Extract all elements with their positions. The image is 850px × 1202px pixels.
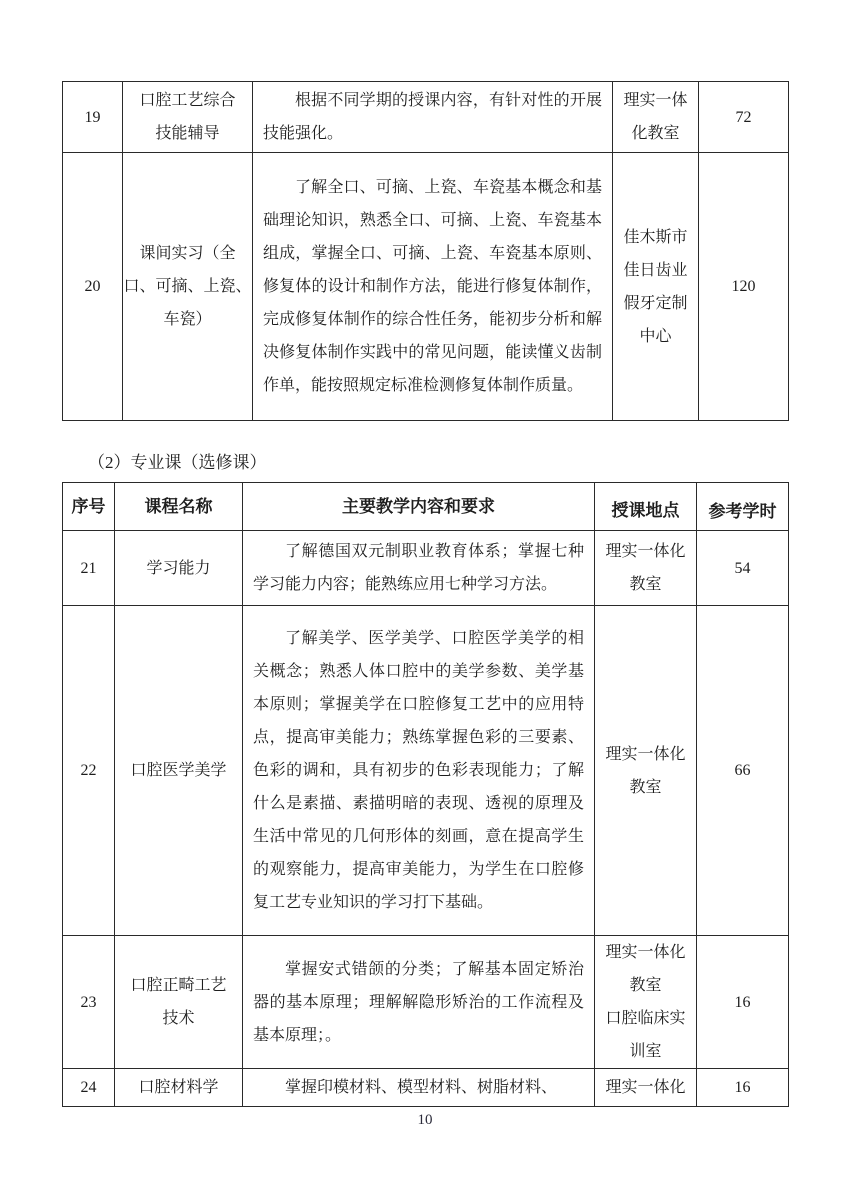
- serial-cell: 21: [63, 531, 115, 606]
- header-serial: 序号: [63, 483, 115, 531]
- location-cell: 理实一体化 教室: [595, 606, 697, 936]
- elective-courses-table: 序号 课程名称 主要教学内容和要求 授课地点 参考学时 21 学习能力 了解德国…: [62, 482, 789, 1107]
- table-header-row: 序号 课程名称 主要教学内容和要求 授课地点 参考学时: [63, 483, 789, 531]
- location-cell: 理实一体化: [595, 1069, 697, 1107]
- content-paragraph: 了解全口、可摘、上瓷、车瓷基本概念和基础理论知识，熟悉全口、可摘、上瓷、车瓷基本…: [263, 171, 602, 402]
- course-row-24: 24 口腔材料学 掌握印模材料、模型材料、树脂材料、 理实一体化 16: [63, 1069, 789, 1107]
- course-name-cell: 口腔材料学: [115, 1069, 243, 1107]
- header-course-name: 课程名称: [115, 483, 243, 531]
- hours-cell: 72: [699, 82, 789, 153]
- hours-cell: 120: [699, 153, 789, 421]
- page-number: 10: [0, 1112, 850, 1129]
- course-row-23: 23 口腔正畸工艺 技术 掌握安式错颌的分类；了解基本固定矫治器的基本原理；理解…: [63, 936, 789, 1069]
- serial-cell: 23: [63, 936, 115, 1069]
- location-cell: 理实一体 化教室: [613, 82, 699, 153]
- location-cell: 佳木斯市 佳日齿业 假牙定制 中心: [613, 153, 699, 421]
- header-location: 授课地点: [595, 483, 697, 531]
- course-row-20: 20 课间实习（全 口、可摘、上瓷、 车瓷） 了解全口、可摘、上瓷、车瓷基本概念…: [63, 153, 789, 421]
- hours-cell: 66: [697, 606, 789, 936]
- content-cell: 了解全口、可摘、上瓷、车瓷基本概念和基础理论知识，熟悉全口、可摘、上瓷、车瓷基本…: [253, 153, 613, 421]
- location-cell: 理实一体化 教室: [595, 531, 697, 606]
- hours-cell: 54: [697, 531, 789, 606]
- content-paragraph: 掌握安式错颌的分类；了解基本固定矫治器的基本原理；理解解隐形矫治的工作流程及基本…: [253, 953, 584, 1052]
- course-row-21: 21 学习能力 了解德国双元制职业教育体系；掌握七种学习能力内容；能熟练应用七种…: [63, 531, 789, 606]
- serial-cell: 22: [63, 606, 115, 936]
- document-page: 19 口腔工艺综合 技能辅导 根据不同学期的授课内容，有针对性的开展技能强化。 …: [0, 0, 850, 1202]
- content-cell: 了解美学、医学美学、口腔医学美学的相关概念；熟悉人体口腔中的美学参数、美学基本原…: [243, 606, 595, 936]
- course-name-cell: 口腔工艺综合 技能辅导: [123, 82, 253, 153]
- content-paragraph: 了解德国双元制职业教育体系；掌握七种学习能力内容；能熟练应用七种学习方法。: [253, 535, 584, 601]
- course-row-22: 22 口腔医学美学 了解美学、医学美学、口腔医学美学的相关概念；熟悉人体口腔中的…: [63, 606, 789, 936]
- location-cell: 理实一体化 教室 口腔临床实 训室: [595, 936, 697, 1069]
- course-name-cell: 口腔医学美学: [115, 606, 243, 936]
- content-cell: 掌握印模材料、模型材料、树脂材料、: [243, 1069, 595, 1107]
- content-cell: 根据不同学期的授课内容，有针对性的开展技能强化。: [253, 82, 613, 153]
- serial-cell: 24: [63, 1069, 115, 1107]
- serial-cell: 19: [63, 82, 123, 153]
- content-cell: 掌握安式错颌的分类；了解基本固定矫治器的基本原理；理解解隐形矫治的工作流程及基本…: [243, 936, 595, 1069]
- content-cell: 了解德国双元制职业教育体系；掌握七种学习能力内容；能熟练应用七种学习方法。: [243, 531, 595, 606]
- course-name-cell: 课间实习（全 口、可摘、上瓷、 车瓷）: [123, 153, 253, 421]
- section-heading: （2）专业课（选修课）: [88, 450, 267, 476]
- serial-cell: 20: [63, 153, 123, 421]
- course-name-cell: 学习能力: [115, 531, 243, 606]
- required-courses-table: 19 口腔工艺综合 技能辅导 根据不同学期的授课内容，有针对性的开展技能强化。 …: [62, 81, 789, 421]
- hours-cell: 16: [697, 936, 789, 1069]
- hours-cell: 16: [697, 1069, 789, 1107]
- content-paragraph: 掌握印模材料、模型材料、树脂材料、: [253, 1071, 584, 1104]
- header-content: 主要教学内容和要求: [243, 483, 595, 531]
- course-name-cell: 口腔正畸工艺 技术: [115, 936, 243, 1069]
- course-row-19: 19 口腔工艺综合 技能辅导 根据不同学期的授课内容，有针对性的开展技能强化。 …: [63, 82, 789, 153]
- content-paragraph: 根据不同学期的授课内容，有针对性的开展技能强化。: [263, 84, 602, 150]
- content-paragraph: 了解美学、医学美学、口腔医学美学的相关概念；熟悉人体口腔中的美学参数、美学基本原…: [253, 622, 584, 919]
- header-hours: 参考学时: [697, 483, 789, 531]
